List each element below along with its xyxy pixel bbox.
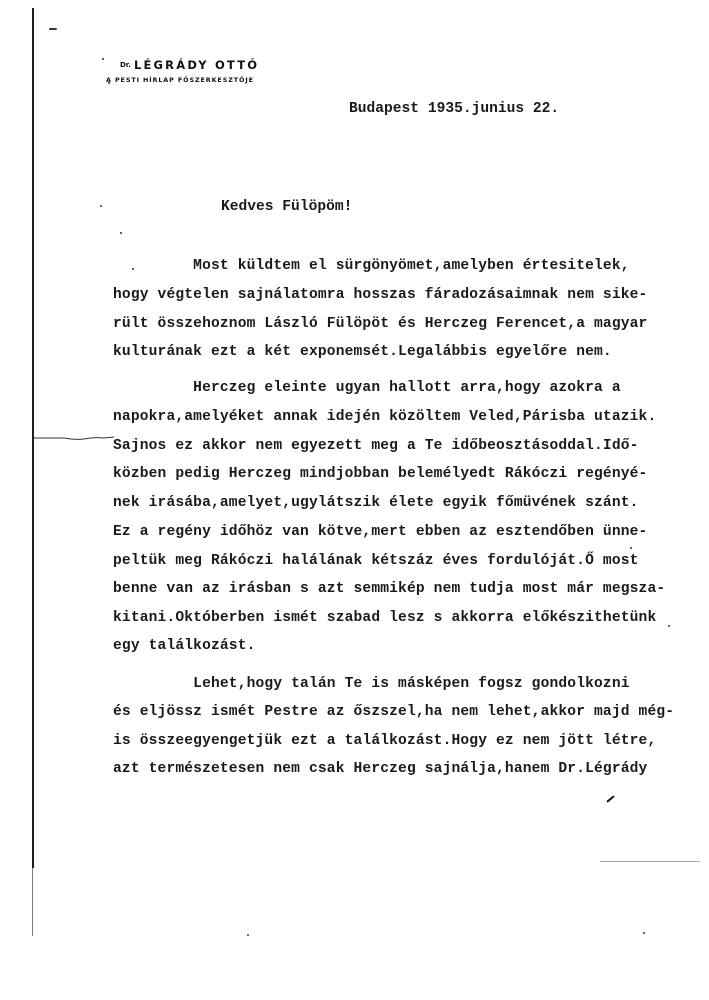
scan-speck [132,268,134,270]
letter-line: Sajnos ez akkor nem egyezett meg a Te id… [113,438,639,454]
letter-line: közben pedig Herczeg mindjobban belemély… [113,466,647,482]
letterhead-subtitle: A PESTI HÍRLAP FŐSZERKESZTŐJE [106,76,259,84]
letter-line: Lehet,hogy talán Te is másképen fogsz go… [113,676,630,692]
letter-page: Dr.LÉGRÁDY OTTÓ A PESTI HÍRLAP FŐSZERKES… [0,0,709,1000]
letter-line: azt természetesen nem csak Herczeg sajná… [113,761,647,777]
scan-speck [49,28,57,30]
letterhead-name-text: LÉGRÁDY OTTÓ [134,58,259,72]
letter-line: és eljössz ismét Pestre az őszszel,ha ne… [113,704,674,720]
dateline: Budapest 1935.junius 22. [349,101,559,117]
pen-mark [606,795,614,802]
fold-tear-mark [34,436,114,442]
letter-line: is összeegyengetjük ezt a találkozást.Ho… [113,733,656,749]
scan-speck [247,934,249,936]
letterhead-name: Dr.LÉGRÁDY OTTÓ [120,58,259,72]
scan-speck [108,82,110,84]
letter-line: napokra,amelyéket annak idején közöltem … [113,409,656,425]
letter-line: kulturának ezt a két exponemsét.Legalább… [113,344,612,360]
letter-line: hogy végtelen sajnálatomra hosszas fárad… [113,287,647,303]
letter-line: rült összehoznom László Fülöpöt és Hercz… [113,316,647,332]
letterhead: Dr.LÉGRÁDY OTTÓ A PESTI HÍRLAP FŐSZERKES… [112,58,259,84]
letter-line: egy találkozást. [113,638,256,654]
scan-speck [668,625,670,627]
scan-speck [643,932,645,934]
scan-speck [120,232,122,234]
letter-line: Ez a regény időhöz van kötve,mert ebben … [113,524,647,540]
letter-line: peltük meg Rákóczi halálának kétszáz éve… [113,553,639,569]
letter-line: Herczeg eleinte ugyan hallott arra,hogy … [113,380,621,396]
scan-speck [100,205,102,207]
letter-line: Most küldtem el sürgönyömet,amelyben ért… [113,258,630,274]
letterhead-title-prefix: Dr. [120,61,131,69]
letter-line: benne van az irásban s azt semmikép nem … [113,581,665,597]
letter-line: nek irásába,amelyet,ugylátszik élete egy… [113,495,639,511]
scan-speck [102,58,104,60]
letter-line: kitani.Októberben ismét szabad lesz s ak… [113,610,656,626]
salutation: Kedves Fülöpöm! [221,199,352,215]
left-margin-rule-faint [32,868,33,936]
bottom-fold-line [600,861,700,862]
scan-speck [630,547,632,549]
